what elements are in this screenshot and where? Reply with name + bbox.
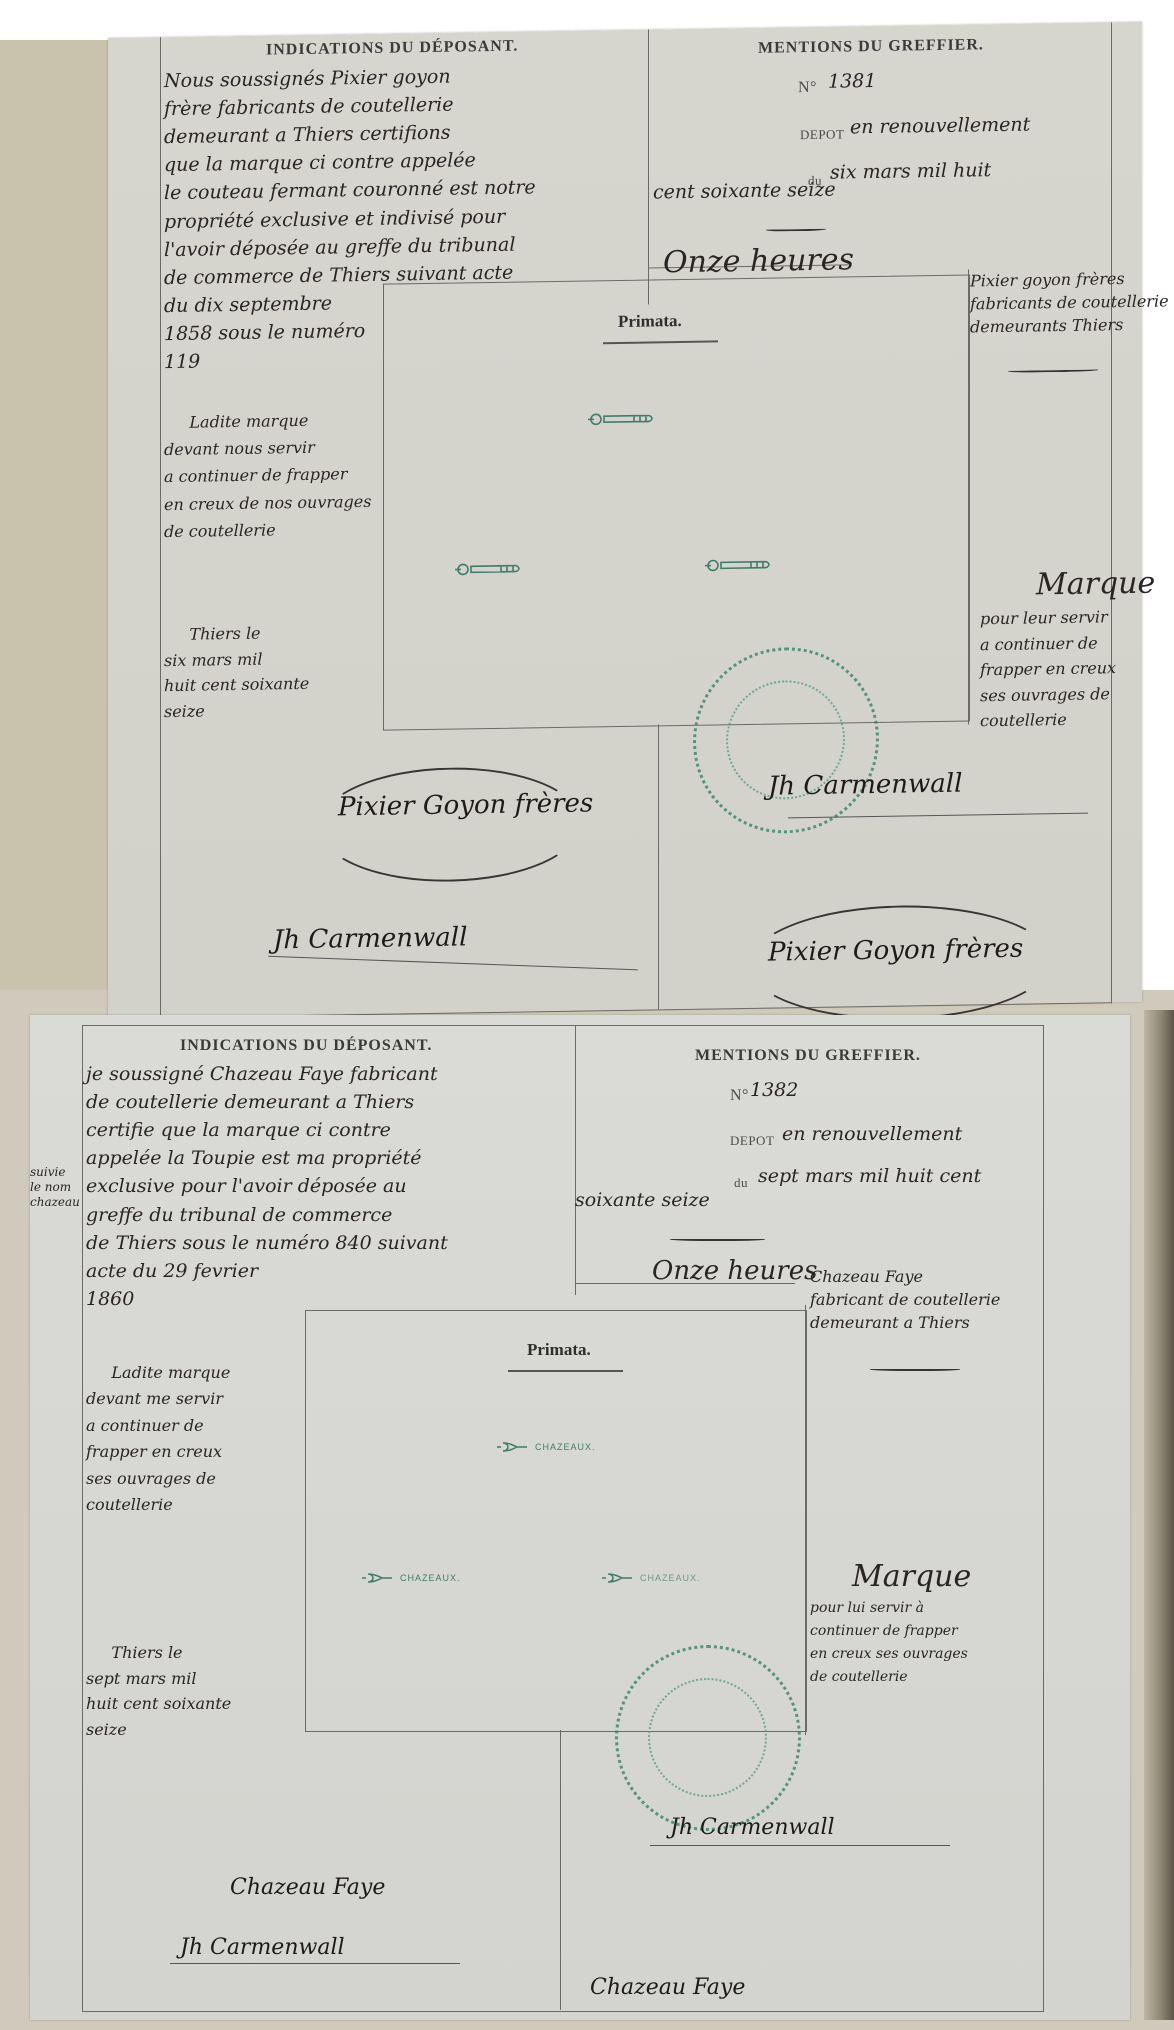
clerk-signature: Jh Carmenwall — [768, 769, 962, 802]
mark-label: CHAZEAUX. — [640, 1573, 701, 1583]
hour-handwritten: Onze heures — [652, 1253, 817, 1291]
knife-mark-icon — [703, 557, 793, 572]
depositor-info: Chazeau Faye fabricant de coutellerie de… — [810, 1265, 1000, 1335]
depositor-info: Pixier goyon frères fabricants de coutel… — [970, 266, 1169, 339]
usage-note: Ladite marque devant me servir a continu… — [86, 1360, 230, 1518]
depot-label: DEPOT — [730, 1133, 774, 1149]
marque-note: pour lui servir à continuer de frapper e… — [810, 1597, 968, 1689]
date-handwritten-continued: cent soixante seize — [653, 177, 836, 207]
toupie-mark-icon — [360, 1571, 396, 1585]
register-page-1382: INDICATIONS DU DÉPOSANT. MENTIONS DU GRE… — [30, 1015, 1130, 2020]
clerk-signature: Jh Carmenwall — [180, 1935, 345, 1960]
place-date: Thiers le sept mars mil huit cent soixan… — [86, 1640, 231, 1742]
date-handwritten-continued: soixante seize — [575, 1187, 710, 1215]
date-handwritten: sept mars mil huit cent — [758, 1163, 981, 1191]
date-handwritten: six mars mil huit — [830, 157, 991, 187]
clerk-signature: Jh Carmenwall — [670, 1815, 835, 1840]
clerk-signature: Jh Carmenwall — [273, 922, 467, 955]
number-label: N° — [798, 79, 817, 97]
signature-divider — [560, 1730, 561, 2010]
usage-note: Ladite marque devant nous servir a conti… — [164, 406, 371, 545]
book-background-left — [0, 40, 110, 1000]
marque-title: Marque — [1036, 562, 1155, 607]
right-column-divider — [805, 1305, 806, 1735]
mark-title: Primata. — [527, 1340, 591, 1360]
mark-title-rule — [508, 1370, 623, 1372]
registration-number: 1382 — [750, 1077, 798, 1105]
signature-underline — [650, 1845, 950, 1846]
margin-note: suivie le nom chazeau — [30, 1165, 80, 1210]
du-label: du — [734, 1175, 748, 1191]
depositor-signature: Chazeau Faye — [230, 1875, 385, 1900]
right-header: MENTIONS DU GREFFIER. — [695, 1047, 921, 1065]
court-seal-stamp — [615, 1645, 801, 1831]
depot-handwritten: en renouvellement — [782, 1121, 962, 1149]
depot-handwritten: en renouvellement — [850, 112, 1030, 142]
signature-underline — [170, 1963, 460, 1964]
depot-label: DEPOT — [800, 126, 844, 143]
signature-divider — [658, 724, 659, 1009]
knife-mark-icon — [453, 561, 543, 576]
register-page-1381: INDICATIONS DU DÉPOSANT. MENTIONS DU GRE… — [108, 22, 1142, 1018]
marque-note: pour leur servir a continuer de frapper … — [980, 604, 1116, 734]
mark-label: CHAZEAUX. — [535, 1442, 596, 1452]
mark-title: Primata. — [618, 311, 682, 332]
column-divider — [648, 30, 649, 305]
left-header: INDICATIONS DU DÉPOSANT. — [180, 1037, 432, 1055]
column-divider — [575, 1025, 576, 1295]
flourish-line — [870, 1367, 960, 1371]
marque-title: Marque — [852, 1555, 971, 1599]
number-label: N° — [730, 1087, 749, 1105]
book-binding-edge — [1144, 1010, 1174, 2020]
knife-mark-icon — [586, 411, 676, 426]
toupie-mark-icon — [495, 1440, 531, 1454]
depositor-signature: Chazeau Faye — [590, 1975, 745, 2000]
seal-inner-ring — [648, 1678, 767, 1797]
depositor-declaration: je soussigné Chazeau Faye fabricant de c… — [86, 1060, 448, 1313]
right-column-divider — [968, 269, 969, 724]
place-date: Thiers le six mars mil huit cent soixant… — [164, 620, 309, 725]
flourish-line — [670, 1237, 765, 1241]
registration-number: 1381 — [828, 68, 876, 96]
mark-label: CHAZEAUX. — [400, 1573, 461, 1583]
toupie-mark-icon — [600, 1571, 636, 1585]
right-header: MENTIONS DU GREFFIER. — [758, 36, 984, 58]
